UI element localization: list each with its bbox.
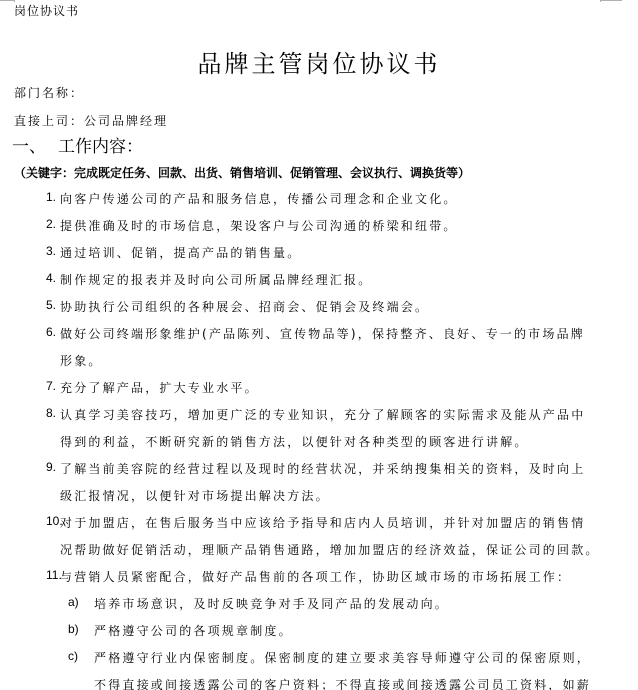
item-text: 对于加盟店，在售后服务当中应该给予指导和店内人员培训，并针对加盟店的销售情 (60, 514, 585, 531)
section-title: 工作内容： (58, 137, 143, 157)
keywords-line: （关键字：完成既定任务、回款、出货、销售培训、促销管理、会议执行、调换货等） (14, 164, 470, 181)
supervisor-field: 直接上司：公司品牌经理 (14, 112, 168, 129)
crop-mark-top-right (600, 0, 622, 1)
item-text: 协助执行公司组织的各种展会、招商会、促销会及终端会。 (60, 298, 429, 315)
item-number: 4. (46, 271, 56, 285)
item-number: 7. (46, 379, 56, 393)
sub-item-letter: a) (68, 595, 79, 609)
item-text-continued: 况帮助做好促销活动，理顺产品销售通路，增加加盟店的经济效益，保证公司的回款。 (60, 541, 600, 558)
item-number: 5. (46, 298, 56, 312)
item-text: 充分了解产品，扩大专业水平。 (60, 379, 259, 396)
sub-item-text: 培养市场意识，及时反映竞争对手及同产品的发展动向。 (94, 595, 449, 612)
sub-item-letter: c) (68, 649, 78, 663)
item-text: 与营销人员紧密配合，做好产品售前的各项工作，协助区域市场的市场拓展工作： (60, 568, 571, 585)
sub-item-text: 严格遵守公司的各项规章制度。 (94, 622, 293, 639)
item-text: 做好公司终端形象维护(产品陈列、宣传物品等)，保持整齐、良好、专一的市场品牌 (60, 325, 585, 342)
department-field: 部门名称： (14, 84, 84, 101)
item-number: 6. (46, 325, 56, 339)
item-text: 提供准确及时的市场信息，架设客户与公司沟通的桥梁和纽带。 (60, 217, 458, 234)
crop-mark-top-right-vertical (600, 0, 601, 2)
item-text-continued: 得到的利益，不断研究新的销售方法，以便针对各种类型的顾客进行讲解。 (60, 433, 529, 450)
item-text: 认真学习美容技巧，增加更广泛的专业知识，充分了解顾客的实际需求及能从产品中 (60, 406, 585, 423)
section-heading: 一、工作内容： (12, 132, 143, 157)
document-title: 品牌主管岗位协议书 (0, 44, 638, 79)
item-text: 了解当前美容院的经营过程以及现时的经营状况，并采纳搜集相关的资料，及时向上 (60, 460, 585, 477)
item-text: 通过培训、促销，提高产品的销售量。 (60, 244, 301, 261)
section-number: 一、 (12, 132, 58, 157)
page-header: 岗位协议书 (14, 2, 79, 19)
item-number: 3. (46, 244, 56, 258)
item-text: 向客户传递公司的产品和服务信息，传播公司理念和企业文化。 (60, 190, 458, 207)
item-text: 制作规定的报表并及时向公司所属品牌经理汇报。 (60, 271, 372, 288)
item-number: 1. (46, 190, 56, 204)
sub-item-letter: b) (68, 622, 79, 636)
item-text-continued: 形象。 (60, 352, 103, 369)
item-text-continued: 级汇报情况，以便针对市场提出解决方法。 (60, 487, 330, 504)
item-number: 8. (46, 406, 56, 420)
crop-mark-top-left (0, 0, 14, 1)
sub-item-text-continued: 不得直接或间接透露公司的客户资料；不得直接或间接透露公司员工资料，如薪 (94, 676, 591, 690)
item-number: 2. (46, 217, 56, 231)
sub-item-text: 严格遵守行业内保密制度。保密制度的建立要求美容导师遵守公司的保密原则， (94, 649, 591, 666)
item-number: 9. (46, 460, 56, 474)
